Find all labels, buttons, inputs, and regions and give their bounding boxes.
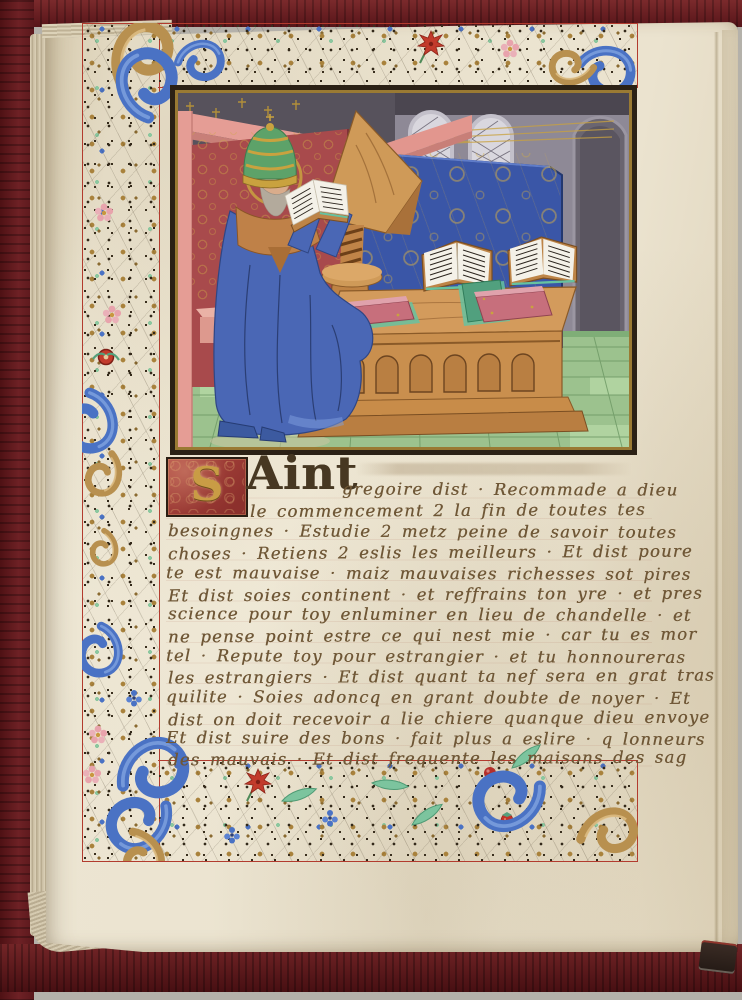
text-line: dist on doit recevoir a lie chiere quanq… <box>168 708 710 730</box>
text-line: choses · Retiens 2 eslis les meilleurs ·… <box>168 542 693 564</box>
border-band-bottom <box>158 760 638 862</box>
page-fold-line <box>714 32 719 942</box>
text-line: gregoire dist · Recommade a dieu <box>342 479 678 499</box>
manuscript-photo: S Aint gregoire dist · Recommade a dieu … <box>0 0 742 1000</box>
text-line: les estrangiers · Et dist quant ta nef s… <box>168 666 715 688</box>
text-line: des mauvais · Et dist frequente les mais… <box>168 748 687 770</box>
border-band-top <box>158 23 638 88</box>
papal-tiara <box>243 114 297 188</box>
text-line: le commencement 2 la fin de toutes tes <box>250 500 646 521</box>
page-fore-edge <box>722 30 736 944</box>
miniature-foreground <box>170 85 637 455</box>
text-line: tel · Repute toy pour estrangier · et tu… <box>166 646 686 667</box>
text-line: science pour toy enluminer en lieu de ch… <box>168 604 692 625</box>
text-line: quilite · Soies adoncq en grant doubte d… <box>166 687 691 708</box>
text-line: ne pense point estre ce qui nest mie · c… <box>168 625 697 647</box>
binding-left-board <box>0 0 34 1000</box>
binding-clasp <box>698 940 737 974</box>
text-line: te est mauvaise · maiz mauvaises richess… <box>166 563 691 584</box>
border-band-left <box>82 23 160 862</box>
text-line: besoingnes · Estudie 2 metz peine de sav… <box>168 521 677 542</box>
text-line: Et dist suire des bons · fait plus a esl… <box>166 728 706 749</box>
initial-letter: S <box>190 457 223 511</box>
text-block: gregoire dist · Recommade a dieu le comm… <box>166 456 664 768</box>
text-line: Et dist soies continent · et reffrains t… <box>168 584 703 606</box>
